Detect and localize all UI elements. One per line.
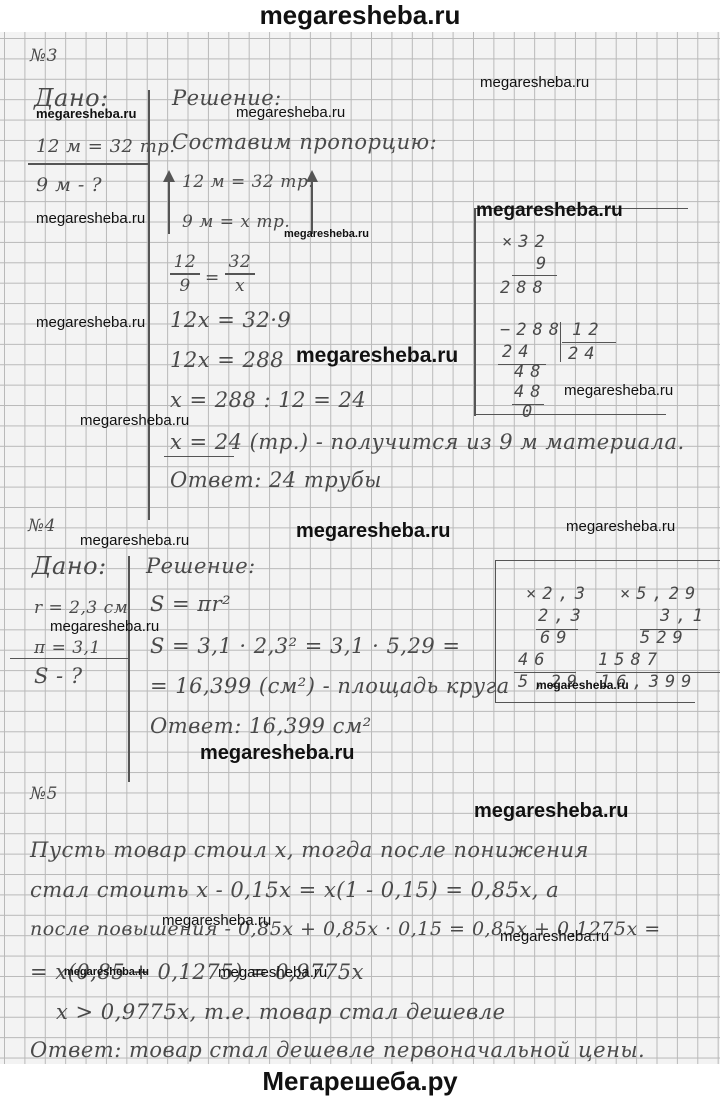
mult1-operand-a: ×2,3 xyxy=(526,584,591,604)
watermark: megaresheba.ru xyxy=(218,964,327,981)
problem-4-given-label: Дано: xyxy=(32,552,107,580)
site-footer: Мегарешеба.ру xyxy=(0,1064,720,1099)
watermark: megaresheba.ru xyxy=(162,912,271,929)
watermark: megaresheba.ru xyxy=(474,800,629,823)
problem-4-answer: Ответ: 16,399 см² xyxy=(150,714,372,738)
problem-5-number: №5 xyxy=(30,784,58,804)
dividend: 288 xyxy=(516,320,565,340)
calc-box-left-edge xyxy=(474,208,476,416)
problem-4-step-2: S = 3,1 · 2,3² = 3,1 · 5,29 = xyxy=(150,634,460,658)
problem-4-given-1: r = 2,3 см xyxy=(34,598,128,618)
problem-4-step-1: S = πr² xyxy=(150,592,231,616)
operand: 2,3 xyxy=(542,584,591,604)
site-header: megaresheba.ru xyxy=(0,0,720,32)
calc-box-bottom-edge xyxy=(495,702,695,703)
notebook-page: №3 Дано: 12 м = 32 тр. 9 м - ? Решение: … xyxy=(0,32,720,1064)
div-sub-2: 48 xyxy=(514,382,546,402)
watermark: megaresheba.ru xyxy=(36,314,145,331)
problem-4-solution-label: Решение: xyxy=(146,554,256,578)
calc-box-left-edge xyxy=(495,560,496,702)
fraction-denominator: 9 xyxy=(170,276,200,296)
arrow-up-icon xyxy=(168,172,170,234)
problem-3-step-6: 12x = 288 xyxy=(170,348,284,372)
mult1-operand-b: 2,3 xyxy=(538,606,587,626)
given-solution-separator xyxy=(128,556,130,782)
given-divider xyxy=(28,163,148,165)
watermark: megaresheba.ru xyxy=(536,678,629,692)
div-dividend: −288 xyxy=(500,320,565,340)
operand: 5,29 xyxy=(636,584,701,604)
mult-result: 288 xyxy=(500,278,549,298)
fraction-left: 12 9 xyxy=(170,252,200,296)
watermark: megaresheba.ru xyxy=(296,344,458,368)
watermark: megaresheba.ru xyxy=(564,382,673,399)
problem-5-answer: Ответ: товар стал дешевле первоначальной… xyxy=(30,1038,645,1062)
problem-3-given-1: 12 м = 32 тр. xyxy=(36,136,176,157)
watermark: megaresheba.ru xyxy=(476,200,623,222)
watermark: megaresheba.ru xyxy=(50,618,159,635)
fraction-numerator: 32 xyxy=(225,252,255,272)
watermark: megaresheba.ru xyxy=(236,104,345,121)
problem-3-step-3: 9 м = x тр. xyxy=(182,212,290,232)
watermark: megaresheba.ru xyxy=(200,742,355,765)
calc-box-bottom-edge xyxy=(476,414,666,415)
problem-5-step-1: Пусть товар стоил x, тогда после понижен… xyxy=(30,838,589,862)
fraction-bar xyxy=(170,273,200,275)
mult2-partial-2: 1587 xyxy=(598,650,663,670)
div-remainder: 0 xyxy=(522,402,538,422)
fraction-numerator: 12 xyxy=(170,252,200,272)
given-solution-separator xyxy=(148,90,150,520)
mult1-partial-1: 69 xyxy=(540,628,572,648)
watermark: megaresheba.ru xyxy=(36,210,145,227)
fraction-equals: = xyxy=(205,268,220,288)
mult2-operand-b: 3,1 xyxy=(660,606,709,626)
watermark: megaresheba.ru xyxy=(566,518,675,535)
div-divisor: 12 xyxy=(572,320,604,340)
problem-3-step-1: Составим пропорцию: xyxy=(172,130,437,154)
problem-3-number: №3 xyxy=(30,46,58,66)
watermark: megaresheba.ru xyxy=(36,106,136,121)
mult-operand-b: 9 xyxy=(536,254,552,274)
mult1-partial-2: 46 xyxy=(518,650,550,670)
watermark: megaresheba.ru xyxy=(64,966,149,978)
problem-4-given-3: S - ? xyxy=(34,664,83,688)
problem-3-step-2: 12 м = 32 тр. xyxy=(182,172,314,192)
watermark: megaresheba.ru xyxy=(80,412,189,429)
watermark: megaresheba.ru xyxy=(500,928,609,945)
mult-operand-a: ×32 xyxy=(502,232,551,252)
watermark: megaresheba.ru xyxy=(284,228,369,240)
watermark: megaresheba.ru xyxy=(80,532,189,549)
problem-3-step-7: x = 288 : 12 = 24 xyxy=(170,388,366,412)
operand: 32 xyxy=(518,232,550,252)
mult2-partial-1: 529 xyxy=(640,628,689,648)
site-title: megaresheba.ru xyxy=(260,0,461,30)
mult2-operand-a: ×5,29 xyxy=(620,584,701,604)
problem-5-step-2: стал стоить x - 0,15x = x(1 - 0,15) = 0,… xyxy=(30,878,559,902)
problem-3-step-8: x = 24 (тр.) - получится из 9 м материал… xyxy=(170,430,685,454)
site-title-ru: Мегарешеба.ру xyxy=(262,1066,457,1096)
problem-3-given-2: 9 м - ? xyxy=(36,174,102,196)
given-divider xyxy=(10,658,128,659)
arrow-up-icon xyxy=(311,172,313,234)
watermark: megaresheba.ru xyxy=(296,520,451,543)
problem-5-step-5: x > 0,9775x, т.е. товар стал дешевле xyxy=(56,1000,506,1024)
fraction-bar xyxy=(225,273,255,275)
problem-4-number: №4 xyxy=(28,516,56,536)
mult-line xyxy=(512,275,557,276)
div-remainder-1: 48 xyxy=(514,362,546,382)
watermark: megaresheba.ru xyxy=(480,74,589,91)
problem-3-answer: Ответ: 24 трубы xyxy=(170,468,382,492)
div-sub-1: 24 xyxy=(502,342,534,362)
div-quotient: 24 xyxy=(568,344,600,364)
div-line xyxy=(562,342,616,343)
result-underline xyxy=(164,456,234,457)
div-bracket xyxy=(560,322,561,362)
problem-4-step-3: = 16,399 (см²) - площадь круга xyxy=(150,674,510,698)
fraction-right: 32 x xyxy=(225,252,255,296)
problem-3-step-5: 12x = 32·9 xyxy=(170,308,291,332)
problem-4-given-2: π = 3,1 xyxy=(34,638,101,658)
calc-box-top-edge xyxy=(495,560,720,561)
fraction-denominator: x xyxy=(225,276,255,296)
